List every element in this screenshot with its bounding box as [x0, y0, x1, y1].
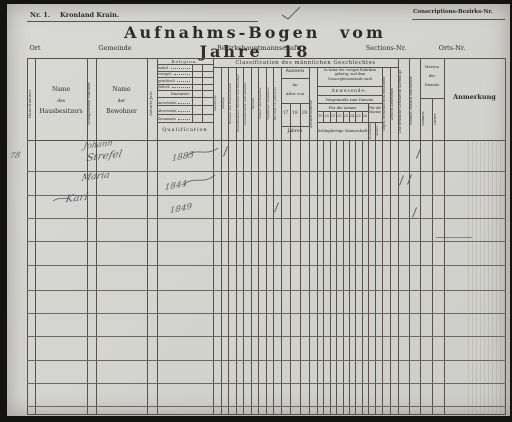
handwritten-checkmark	[280, 5, 302, 21]
grid-vline	[343, 111, 344, 122]
body-row-line	[27, 360, 506, 361]
occupation-column-header: Diener und Knechte	[259, 70, 265, 137]
grid-hline	[317, 95, 382, 96]
andere-label: Andere	[376, 123, 381, 139]
body-row-line	[27, 290, 506, 291]
grid-hline	[27, 21, 258, 22]
pen-flourish-row1	[186, 145, 220, 159]
religion-row: evangel.	[158, 71, 191, 76]
occupation-column-header: Bis zum 14. Jahre alt	[274, 70, 280, 137]
grid-hline	[157, 122, 213, 123]
darunter-row: Abwesende	[158, 106, 191, 113]
beurlaubte-label: Beurlaubte	[369, 123, 374, 139]
religion-row: griechisch	[158, 77, 191, 82]
sections-nr-label: Sections-Nr.	[360, 44, 412, 52]
ausweis-title: Ausweis	[281, 69, 309, 74]
handwritten-house-number: 78	[9, 150, 21, 160]
religion-row-label: griechisch	[158, 79, 175, 83]
dotted-leader	[178, 110, 190, 112]
body-row-line	[27, 406, 506, 407]
grid-vline	[323, 111, 324, 122]
servants-line2: der	[420, 71, 444, 80]
body-row-line	[27, 336, 506, 337]
dotted-leader	[177, 80, 190, 82]
dotted-leader	[174, 73, 190, 75]
grid-hline	[157, 97, 213, 98]
orts-nr-label: Orts-Nr.	[432, 44, 472, 52]
occupation-column-header: Adelige	[222, 70, 228, 137]
grid-hline	[157, 77, 213, 78]
ausweis-age-cell: 19	[300, 110, 309, 115]
religion-box-title: Religion:	[158, 59, 212, 64]
ausweis-age-cell: 17	[281, 110, 290, 115]
ort-label: Ort	[22, 44, 48, 52]
body-row-line	[27, 171, 506, 172]
body-row-line	[27, 383, 506, 384]
occupation-column-header: Geistliche	[214, 70, 220, 137]
fuer-die-armee-label: Für die Armee	[317, 105, 368, 110]
grid-hline	[420, 98, 444, 99]
anwesende-box-title: In keine der vorigen Rubriken gehörig, u…	[318, 68, 382, 81]
dotted-leader	[172, 86, 190, 88]
fremde-column: Fremde, zeitlich Anwesende	[410, 64, 419, 138]
religion-row: jüdisch	[158, 84, 191, 89]
grid-hline	[317, 111, 368, 112]
grid-vline	[343, 140, 344, 414]
grid-hline	[281, 126, 309, 127]
grid-vline	[362, 111, 363, 122]
religion-row-label: jüdisch	[158, 85, 170, 89]
grid-hline	[157, 114, 213, 115]
ausweis-jahren: Jahren	[281, 129, 309, 134]
hausbesitzer-line2: des	[36, 97, 86, 106]
grid-vline	[336, 140, 337, 414]
anwesende-subtitle: Anwesende:	[317, 88, 382, 93]
scanned-census-form: Nr. 1. Kronland Krain. Conscriptions-Bez…	[0, 0, 512, 422]
occupation-column-header: Bauern	[252, 70, 258, 137]
kronland-label: Kronland Krain.	[60, 11, 119, 19]
grid-hline	[157, 90, 213, 91]
occupation-column-header: Grundbesitzer, Pächter und Künstler	[237, 70, 243, 137]
grid-hline	[317, 86, 382, 87]
gemeinde-label: Gemeinde	[92, 44, 138, 52]
classification-title: Classification des männlichen Geschlecht…	[213, 60, 398, 66]
grid-vline	[330, 111, 331, 122]
religion-row-label: evangel.	[158, 72, 172, 76]
grid-vline	[355, 140, 356, 414]
pen-underline-anmerkung-row3	[436, 237, 472, 238]
ausweis-age-cell: 18	[290, 110, 299, 115]
grid-hline	[157, 64, 213, 65]
occupation-column-header: Gewerbsleute und Arbeiter	[244, 70, 250, 137]
tail-column-2: Zeitlich Abwesende	[391, 70, 397, 138]
bewohner-line1: Name	[97, 84, 146, 97]
grid-vline	[355, 111, 356, 122]
grid-vline	[300, 103, 301, 414]
darunter-row-label: Anwesende	[158, 101, 176, 105]
darunter-box-title: Darunter	[158, 91, 202, 96]
body-row-line	[27, 218, 506, 219]
servants-left-subcolumn: Wirklich	[422, 101, 430, 137]
body-row-line	[27, 241, 506, 242]
grid-hline	[317, 103, 382, 104]
body-row-line	[27, 195, 506, 196]
grid-hline	[281, 103, 309, 104]
anmerkung-column-header: Anmerkung	[444, 93, 505, 101]
grid-hline	[412, 19, 505, 20]
darunter-row: Anwesende	[158, 98, 191, 105]
bezirkshauptmannschaft-label: Bezirkshauptmannschaft	[203, 44, 313, 52]
grid-hline	[317, 122, 382, 123]
servants-box-title: Herren der Dienste	[420, 62, 444, 89]
weibliches-geschlecht-column: Das weibliche Geschlecht überhaupt	[399, 64, 408, 138]
anwesende-title-1: In keine der vorigen Rubriken gehörig, u…	[324, 68, 376, 76]
paper-stain	[468, 140, 506, 414]
grid-vline	[323, 140, 324, 414]
dotted-leader	[171, 67, 190, 69]
darunter-row: Zusammen	[158, 114, 191, 121]
servants-line3: Dienste	[420, 80, 444, 89]
grid-hline	[281, 78, 309, 79]
servants-line1: Herren	[420, 62, 444, 71]
befreite-column-header: Zeitlich Befreite	[310, 90, 316, 138]
servants-right-subcolumn: Diener	[434, 101, 442, 137]
grid-vline	[349, 111, 350, 122]
grid-hline	[27, 414, 506, 415]
grid-vline	[362, 140, 363, 414]
darunter-row-label: Abwesende	[158, 109, 176, 113]
geburtsjahr-column-header: Geburts-Jahr	[149, 72, 156, 136]
grid-hline	[157, 105, 213, 106]
grid-vline	[290, 103, 291, 414]
religion-row: kathol.	[158, 65, 191, 70]
bewohner-line3: Bewohner	[97, 106, 146, 119]
grid-vline	[432, 98, 433, 414]
grid-vline	[336, 111, 337, 122]
marine-label: Für die Marine	[368, 106, 382, 114]
bewohner-column-header: Name der Bewohner	[97, 84, 146, 119]
ausweis-alter-von: Alter von	[281, 91, 309, 96]
grid-hline	[213, 67, 398, 68]
religion-row-label: kathol.	[158, 66, 169, 70]
form-title: Aufnahms-Bogen vom Jahre 18	[88, 23, 422, 61]
tail-column-1: Gegen Vormerkschein Entlassene	[383, 70, 389, 138]
hausbesitzer-line3: Hausbesitzers	[36, 106, 86, 119]
occupation-column-header: Taglöhner, Inwohner	[267, 70, 273, 137]
grid-hline	[27, 140, 506, 141]
wohnpartei-column-header: Wohnparteien-Nummer	[88, 70, 95, 138]
grid-vline	[368, 103, 369, 414]
schlagfertige-label: Schlagfertige Mannschaft	[317, 128, 368, 133]
dotted-leader	[178, 102, 190, 104]
qualification-label: Qualification	[157, 127, 213, 133]
grid-vline	[349, 140, 350, 414]
pen-leadstroke-row3	[52, 195, 70, 203]
body-row-line	[27, 313, 506, 314]
bewohner-line2: der	[97, 97, 146, 106]
ausweis-im: Im	[281, 82, 309, 87]
grid-hline	[27, 58, 506, 59]
darunter-row-label: Zusammen	[158, 117, 176, 121]
grid-hline	[157, 84, 213, 85]
dotted-leader	[178, 118, 190, 120]
occupation-column-header: Beamte und Honoratioren	[229, 70, 235, 137]
hausbesitzer-column-header: Name des Hausbesitzers	[36, 84, 86, 119]
grid-vline	[375, 122, 376, 414]
haus-nummer-column-header: Haus-Nummer	[28, 72, 35, 136]
vorgemerkt-label: Vorgemerkt zum Dienste	[317, 97, 382, 102]
body-row-line	[27, 265, 506, 266]
grid-vline	[330, 140, 331, 414]
form-number: Nr. 1.	[30, 11, 50, 19]
hausbesitzer-line1: Name	[36, 84, 86, 97]
conscription-district-label: Conscriptions-Bezirks-Nr.	[413, 9, 493, 15]
pen-flourish-row2	[183, 173, 217, 187]
grid-hline	[157, 71, 213, 72]
